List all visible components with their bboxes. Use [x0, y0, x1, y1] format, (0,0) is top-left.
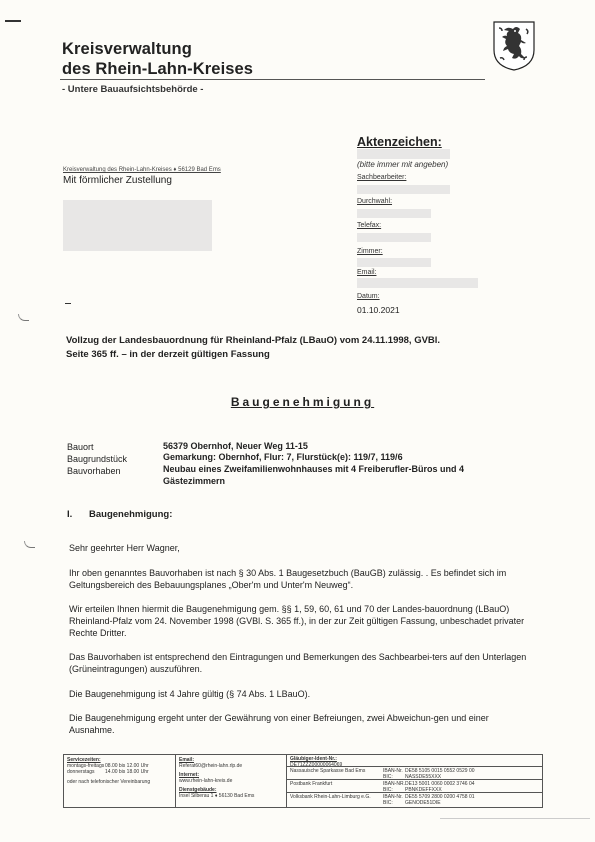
email-label: Email:: [357, 269, 376, 276]
property-value-bauort: 56379 Obernhof, Neuer Weg 11-15: [163, 441, 503, 453]
bic-value: GENODE51DIE: [405, 800, 441, 806]
body-paragraph: Das Bauvorhaben ist entsprechend den Ein…: [69, 651, 529, 675]
section-title: Baugenehmigung:: [89, 509, 172, 520]
aktenzeichen-label: Aktenzeichen:: [357, 135, 442, 149]
building-address: Insel Silberau 1 ♦ 56130 Bad Ems: [179, 793, 283, 799]
telefax-value-redacted: [357, 233, 431, 242]
property-value-bauvorhaben: Neubau eines Zweifamilienwohnhauses mit …: [163, 464, 503, 487]
footer-service-hours: Servicezeiten: montags-freitags08.00 bis…: [64, 755, 176, 807]
bank-account-row: Volksbank Rhein-Lahn-Limburg e.G. IBAN-N…: [287, 793, 542, 806]
bic-label: BIC:: [383, 800, 405, 806]
bank-name: Volksbank Rhein-Lahn-Limburg e.G.: [287, 793, 381, 806]
property-label-bauvorhaben: Bauvorhaben: [67, 466, 121, 476]
property-label-bauort: Bauort: [67, 442, 94, 452]
return-address: Kreisverwaltung des Rhein-Lahn-Kreises ♦…: [63, 167, 221, 173]
creditor-id-block: Gläubiger-Ident-Nr.: DE71ZZZ00000064069: [287, 755, 542, 767]
durchwahl-value-redacted: [357, 209, 431, 218]
delivery-note: Mit förmlicher Zustellung: [63, 175, 172, 186]
org-name-line1: Kreisverwaltung: [62, 40, 192, 59]
date-label: Datum:: [357, 293, 380, 300]
sachbearbeiter-label: Sachbearbeiter:: [357, 174, 406, 181]
bank-account-row: Postbank Frankfurt IBAN-NR.DE13 5001 006…: [287, 780, 542, 793]
org-department: - Untere Bauaufsichtsbehörde -: [62, 84, 203, 95]
section-heading: I.Baugenehmigung:: [67, 509, 172, 520]
aktenzeichen-value-redacted: [357, 149, 450, 159]
sachbearbeiter-value-redacted: [357, 185, 450, 194]
durchwahl-label: Durchwahl:: [357, 198, 392, 205]
body-paragraph: Ihr oben genanntes Bauvorhaben ist nach …: [69, 567, 529, 591]
service-days: donnerstags: [67, 769, 105, 775]
bank-name: Nassauische Sparkasse Bad Ems: [287, 767, 381, 779]
letterhead-rule: [60, 79, 485, 80]
subject-line-2: Seite 365 ff. – in der derzeit gültigen …: [66, 349, 270, 360]
salutation: Sehr geehrter Herr Wagner,: [69, 542, 529, 554]
service-note: oder nach telefonischer Vereinbarung: [67, 779, 172, 785]
footer-table: Servicezeiten: montags-freitags08.00 bis…: [63, 754, 543, 808]
email-value-redacted: [357, 278, 478, 288]
telefax-label: Telefax:: [357, 222, 381, 229]
footer-website-link[interactable]: www.rhein-lahn-kreis.de: [179, 778, 283, 784]
fold-dash: [65, 303, 71, 304]
section-number: I.: [67, 509, 89, 520]
fold-mark: [18, 314, 29, 321]
aktenzeichen-note: (bitte immer mit angeben): [357, 160, 448, 169]
document-title: Baugenehmigung: [0, 395, 595, 409]
org-name-line2: des Rhein-Lahn-Kreises: [62, 60, 253, 79]
recipient-address-redacted: [63, 200, 212, 251]
bank-account-row: Nassauische Sparkasse Bad Ems IBAN-Nr.DE…: [287, 767, 542, 780]
property-label-baugrundstueck: Baugrundstück: [67, 454, 127, 464]
scan-edge-line: [440, 818, 590, 819]
zimmer-value-redacted: [357, 258, 431, 267]
punch-mark: [5, 20, 21, 22]
footer-email-link[interactable]: Referat60@rhein-lahn.rlp.de: [179, 763, 283, 769]
zimmer-label: Zimmer:: [357, 248, 383, 255]
date-value: 01.10.2021: [357, 305, 400, 315]
service-hours: 14.00 bis 18.00 Uhr: [105, 769, 149, 775]
footer-contact: Email: Referat60@rhein-lahn.rlp.de Inter…: [176, 755, 287, 807]
property-value-baugrundstueck: Gemarkung: Obernhof, Flur: 7, Flurstück(…: [163, 452, 503, 464]
coat-of-arms-lion-icon: [492, 20, 536, 72]
subject-line-1: Vollzug der Landesbauordnung für Rheinla…: [66, 335, 440, 346]
body-paragraph: Die Baugenehmigung ist 4 Jahre gültig (§…: [69, 688, 529, 700]
footer-bank-details: Gläubiger-Ident-Nr.: DE71ZZZ00000064069 …: [287, 755, 542, 807]
body-paragraph: Die Baugenehmigung ergeht unter der Gewä…: [69, 712, 529, 736]
bank-name: Postbank Frankfurt: [287, 780, 381, 792]
fold-mark: [24, 541, 35, 548]
body-paragraph: Wir erteilen Ihnen hiermit die Baugenehm…: [69, 603, 529, 639]
